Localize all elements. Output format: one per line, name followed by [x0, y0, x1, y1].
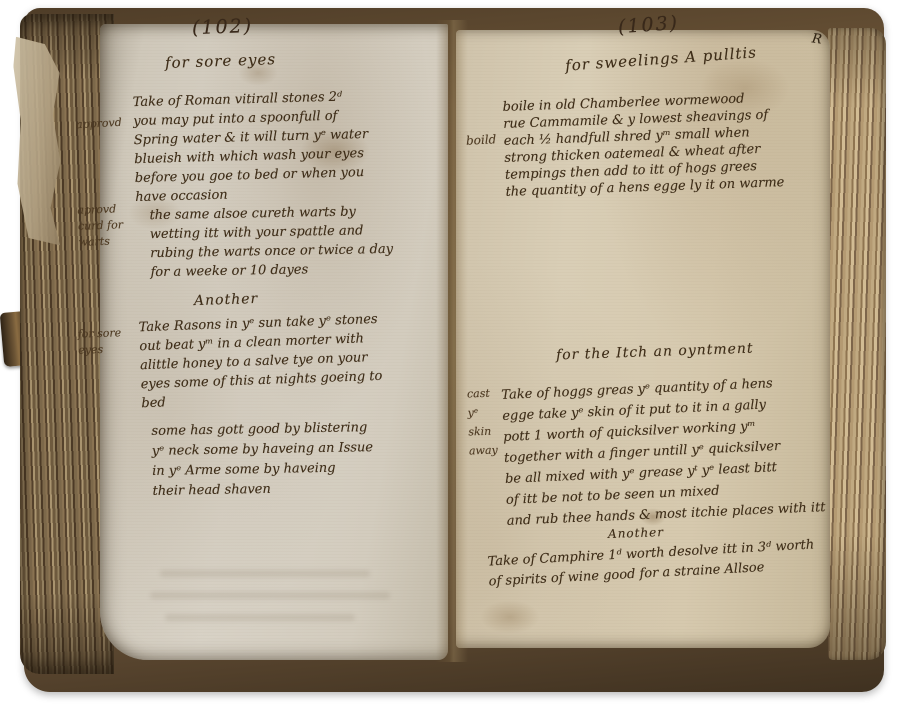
- page-number-left: (102): [192, 15, 254, 39]
- fore-edge-letter: R: [811, 31, 823, 47]
- ink-bleedthrough: [165, 614, 355, 621]
- recipe-line: their head shaven: [152, 478, 374, 502]
- page-number-right: (103): [617, 12, 679, 38]
- margin-note-for-sore-eyes: for sore eyes: [77, 325, 122, 358]
- margin-note-approved: approvd: [76, 115, 123, 133]
- section-heading-another-left: Another: [194, 291, 259, 309]
- recipe-body: some has gott good by blistering yᵉ neck…: [151, 418, 374, 502]
- margin-note-cast-skin-away: cast yᵉ skin away: [467, 384, 498, 461]
- section-heading-another-right: Another: [608, 525, 664, 541]
- ink-bleedthrough: [150, 592, 390, 599]
- recipe-body: the same alsoe cureth warts by wetting i…: [149, 202, 393, 282]
- recipe-body: Take Rasons in yᵉ sun take yᵉ stones out…: [138, 310, 383, 413]
- margin-note-cures-warts: aprovd curd for warts: [77, 201, 124, 251]
- recipe-body: boile in old Chamberlee wormewood rue Ca…: [502, 89, 784, 201]
- page-edge-stack-right: [828, 28, 886, 660]
- margin-note-boild: boild: [466, 131, 497, 149]
- manuscript-photo: (102) for sore eyes approvd Take of Roma…: [0, 0, 900, 704]
- section-heading-sore-eyes: for sore eyes: [165, 50, 277, 72]
- recipe-line: yᵉ neck some by haveing an Issue: [152, 438, 374, 462]
- recipe-body: Take of Roman vitirall stones 2ᵈ you may…: [133, 87, 370, 207]
- book-gutter-shadow: [436, 20, 468, 662]
- recipe-body: Take of hoggs greas yᵉ quantity of a hen…: [501, 371, 826, 532]
- ink-bleedthrough: [160, 570, 370, 577]
